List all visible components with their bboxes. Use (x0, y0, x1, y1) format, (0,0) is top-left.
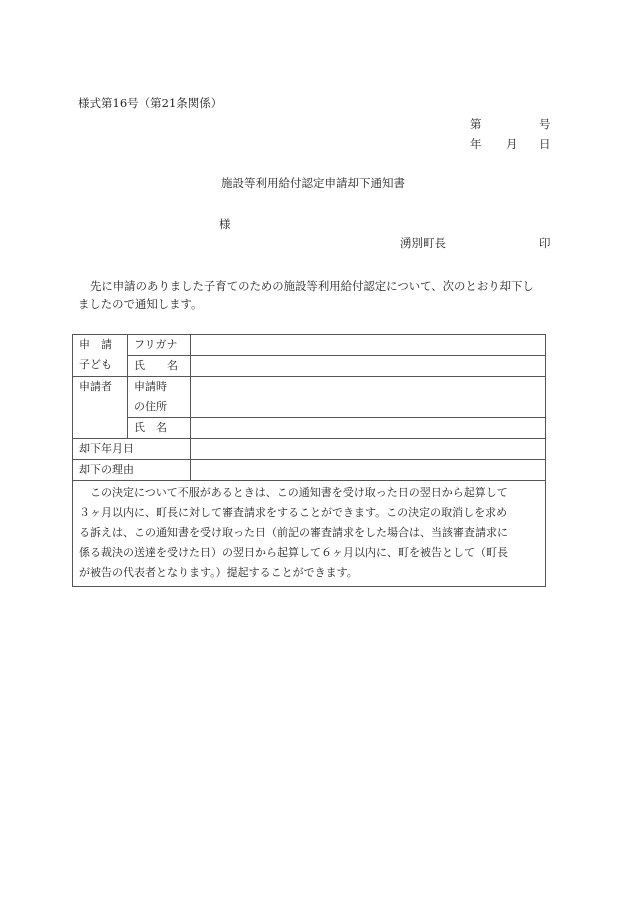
issuer-name: 湧別町長 (400, 238, 446, 250)
form-number: 様式第16号（第21条関係） (78, 98, 222, 110)
child-label-line-2: 子ども (79, 355, 127, 375)
body-line-1: 先に申請のありました子育てのための施設等利用給付認定について、次のとおり却下し (90, 281, 534, 292)
rejection-reason-field[interactable] (191, 460, 546, 481)
body-line-2: ましたので通知します。 (78, 299, 202, 310)
rejection-date-label: 却下年月日 (73, 439, 191, 460)
document-number-suffix: 号 (539, 119, 551, 131)
date-year: 年 (470, 139, 482, 151)
appeal-notice-line-1: この決定について不服があるときは、この通知書を受け取った日の翌日から起算して (79, 483, 539, 503)
address-label-line-1: 申請時 (134, 377, 190, 397)
appeal-notice: この決定について不服があるときは、この通知書を受け取った日の翌日から起算して ３… (73, 481, 546, 587)
date-month: 月 (506, 139, 518, 151)
appeal-notice-line-2: ３ヶ月以内に、町長に対して審査請求をすることができます。この決定の取消しを求め (79, 503, 539, 523)
child-name-field[interactable] (191, 356, 546, 377)
document-title: 施設等利用給付認定申請却下通知書 (221, 178, 405, 190)
application-details-table: 申 請 子ども フリガナ 氏 名 申請者 申請時 の住所 氏 名 却下年月日 却… (72, 334, 546, 587)
child-label-cell: 申 請 子ども (73, 335, 128, 377)
seal-mark: 印 (539, 238, 551, 250)
appeal-notice-line-4: 係る裁決の送達を受けた日）の翌日から起算して６ヶ月以内に、町を被告として（町長 (79, 543, 539, 563)
address-label-line-2: の住所 (134, 397, 190, 417)
address-label: 申請時 の住所 (128, 377, 191, 418)
child-label-line-1: 申 請 (79, 335, 127, 355)
furigana-field[interactable] (191, 335, 546, 356)
applicant-name-field[interactable] (191, 418, 546, 439)
rejection-date-field[interactable] (191, 439, 546, 460)
document-number-prefix: 第 (470, 119, 482, 131)
appeal-notice-line-5: が被告の代表者となります。）提起することができます。 (79, 563, 539, 583)
furigana-label: フリガナ (128, 335, 191, 356)
applicant-label: 申請者 (73, 377, 128, 439)
date-day: 日 (539, 139, 551, 151)
appeal-notice-line-3: る訴えは、この通知書を受け取った日（前記の審査請求をした場合は、当該審査請求に (79, 523, 539, 543)
address-field[interactable] (191, 377, 546, 418)
rejection-reason-label: 却下の理由 (73, 460, 191, 481)
child-name-label: 氏 名 (128, 356, 191, 377)
addressee-suffix: 様 (219, 219, 231, 231)
applicant-name-label: 氏 名 (128, 418, 191, 439)
